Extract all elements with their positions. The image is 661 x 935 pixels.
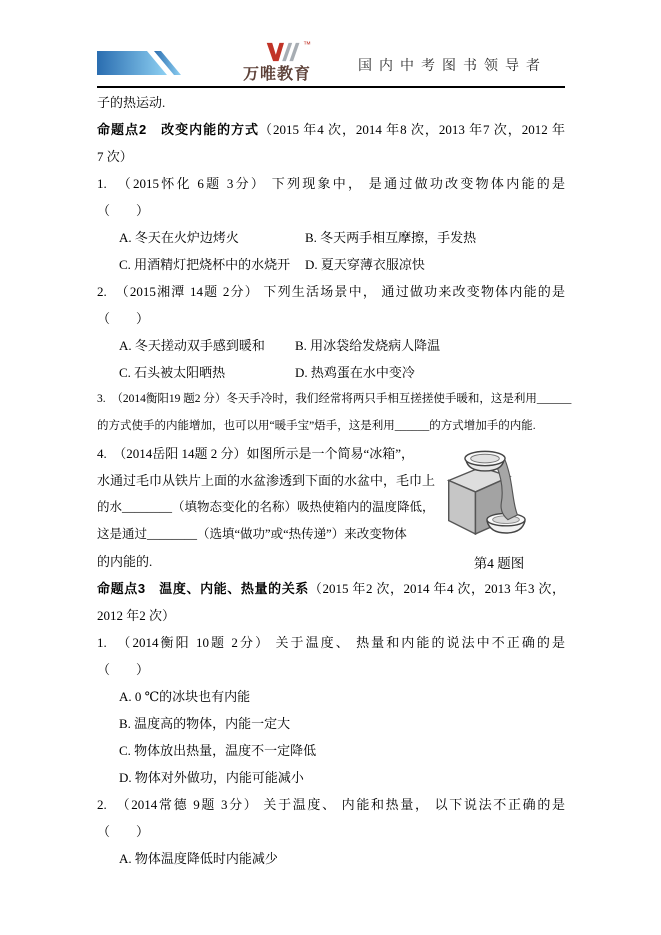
q4-line-1: 4. （2014岳阳 14题 2 分）如图所示是一个简易“冰箱”，	[97, 440, 449, 467]
t3q1-stem: 1. （2014衡阳 10题 2分） 关于温度、 热量和内能的说法中不正确的是	[97, 629, 565, 656]
q1-option-d: D. 夏天穿薄衣服凉快	[305, 251, 425, 278]
q2-option-c: C. 石头被太阳晒热	[119, 359, 295, 386]
q1-option-b: B. 冬天两手相互摩擦，手发热	[305, 224, 476, 251]
q4-line-4: 这是通过________（选填“做功”或“热传递”）来改变物体	[97, 521, 449, 548]
topic3-heading: 命题点3 温度、内能、热量的关系	[97, 581, 309, 596]
brand-tagline: 国内中考图书领导者	[358, 55, 547, 75]
topic2-stats-continued: 7 次）	[97, 143, 565, 170]
topic3-stats-continued: 2012 年2 次）	[97, 602, 565, 629]
q3-line-2: 的方式使手的内能增加，也可以用“暖手宝”焐手，这是利用______的方式增加手的…	[97, 413, 565, 440]
brand-logo-text: 万唯教育	[243, 61, 363, 84]
q2-option-d: D. 热鸡蛋在水中变冷	[295, 359, 415, 386]
q2-stem: 2. （2015湘潭 14题 2分） 下列生活场景中， 通过做功来改变物体内能的…	[97, 278, 565, 305]
t3q2-answer-bracket: （ ）	[97, 818, 565, 845]
q2-option-b: B. 用冰袋给发烧病人降温	[295, 332, 440, 359]
topic3-stats: （2015 年2 次，2014 年4 次，2013 年3 次，	[309, 581, 565, 596]
q2-options-row-2: C. 石头被太阳晒热 D. 热鸡蛋在水中变冷	[97, 359, 565, 386]
topic2-heading-line: 命题点2 改变内能的方式（2015 年4 次，2014 年8 次，2013 年7…	[97, 116, 565, 143]
q4-line-3: 的水________（填物态变化的名称）吸热使箱内的温度降低，	[97, 494, 449, 521]
q3-line-1: 3. （2014衡阳19 题2 分）冬天手冷时，我们经常将两只手相互搓搓使手暖和…	[97, 386, 565, 413]
q1-answer-bracket: （ ）	[97, 197, 565, 224]
page-header: ™ 万唯教育 国内中考图书领导者	[97, 42, 565, 88]
q1-option-c: C. 用酒精灯把烧杯中的水烧开	[119, 251, 305, 278]
t3q1-option-c: C. 物体放出热量，温度不一定降低	[97, 737, 565, 764]
q2-answer-bracket: （ ）	[97, 305, 565, 332]
t3q1-option-d: D. 物体对外做功，内能可能减小	[97, 764, 565, 791]
document-content: 子的热运动. 命题点2 改变内能的方式（2015 年4 次，2014 年8 次，…	[97, 89, 565, 872]
q1-option-a: A. 冬天在火炉边烤火	[119, 224, 305, 251]
brand-logo: ™ 万唯教育	[243, 40, 363, 84]
q2-option-a: A. 冬天搓动双手感到暖和	[119, 332, 295, 359]
q2-options-row-1: A. 冬天搓动双手感到暖和 B. 用冰袋给发烧病人降温	[97, 332, 565, 359]
t3q1-option-b: B. 温度高的物体，内能一定大	[97, 710, 565, 737]
q4-line-2: 水通过毛巾从铁片上面的水盆渗透到下面的水盆中，毛巾上	[97, 467, 449, 494]
intro-text: 子的热运动.	[97, 89, 565, 116]
topic2-heading: 命题点2 改变内能的方式	[97, 122, 259, 137]
topic2-stats: （2015 年4 次，2014 年8 次，2013 年7 次，2012 年	[259, 122, 565, 137]
q1-stem: 1. （2015怀化 6题 3分） 下列现象中， 是通过做功改变物体内能的是	[97, 170, 565, 197]
t3q1-option-a: A. 0 ℃的冰块也有内能	[97, 683, 565, 710]
t3q1-answer-bracket: （ ）	[97, 656, 565, 683]
topic3-heading-line: 命题点3 温度、内能、热量的关系（2015 年2 次，2014 年4 次，201…	[97, 575, 565, 602]
trademark-symbol: ™	[303, 40, 311, 49]
t3q2-stem: 2. （2014常德 9题 3分） 关于温度、 内能和热量， 以下说法不正确的是	[97, 791, 565, 818]
brand-logo-icon	[263, 42, 305, 62]
icebox-figure	[443, 446, 527, 536]
question-4-block: 4. （2014岳阳 14题 2 分）如图所示是一个简易“冰箱”， 水通过毛巾从…	[97, 440, 565, 575]
document-page: ™ 万唯教育 国内中考图书领导者 子的热运动. 命题点2 改变内能的方式（201…	[0, 0, 661, 935]
q4-line-5: 的内能的.	[97, 548, 449, 575]
t3q2-option-a: A. 物体温度降低时内能减少	[97, 845, 565, 872]
figure-caption: 第4 题图	[447, 550, 551, 577]
brand-flag-graphic	[97, 50, 189, 76]
q1-options-row-1: A. 冬天在火炉边烤火 B. 冬天两手相互摩擦，手发热	[97, 224, 565, 251]
q1-options-row-2: C. 用酒精灯把烧杯中的水烧开 D. 夏天穿薄衣服凉快	[97, 251, 565, 278]
